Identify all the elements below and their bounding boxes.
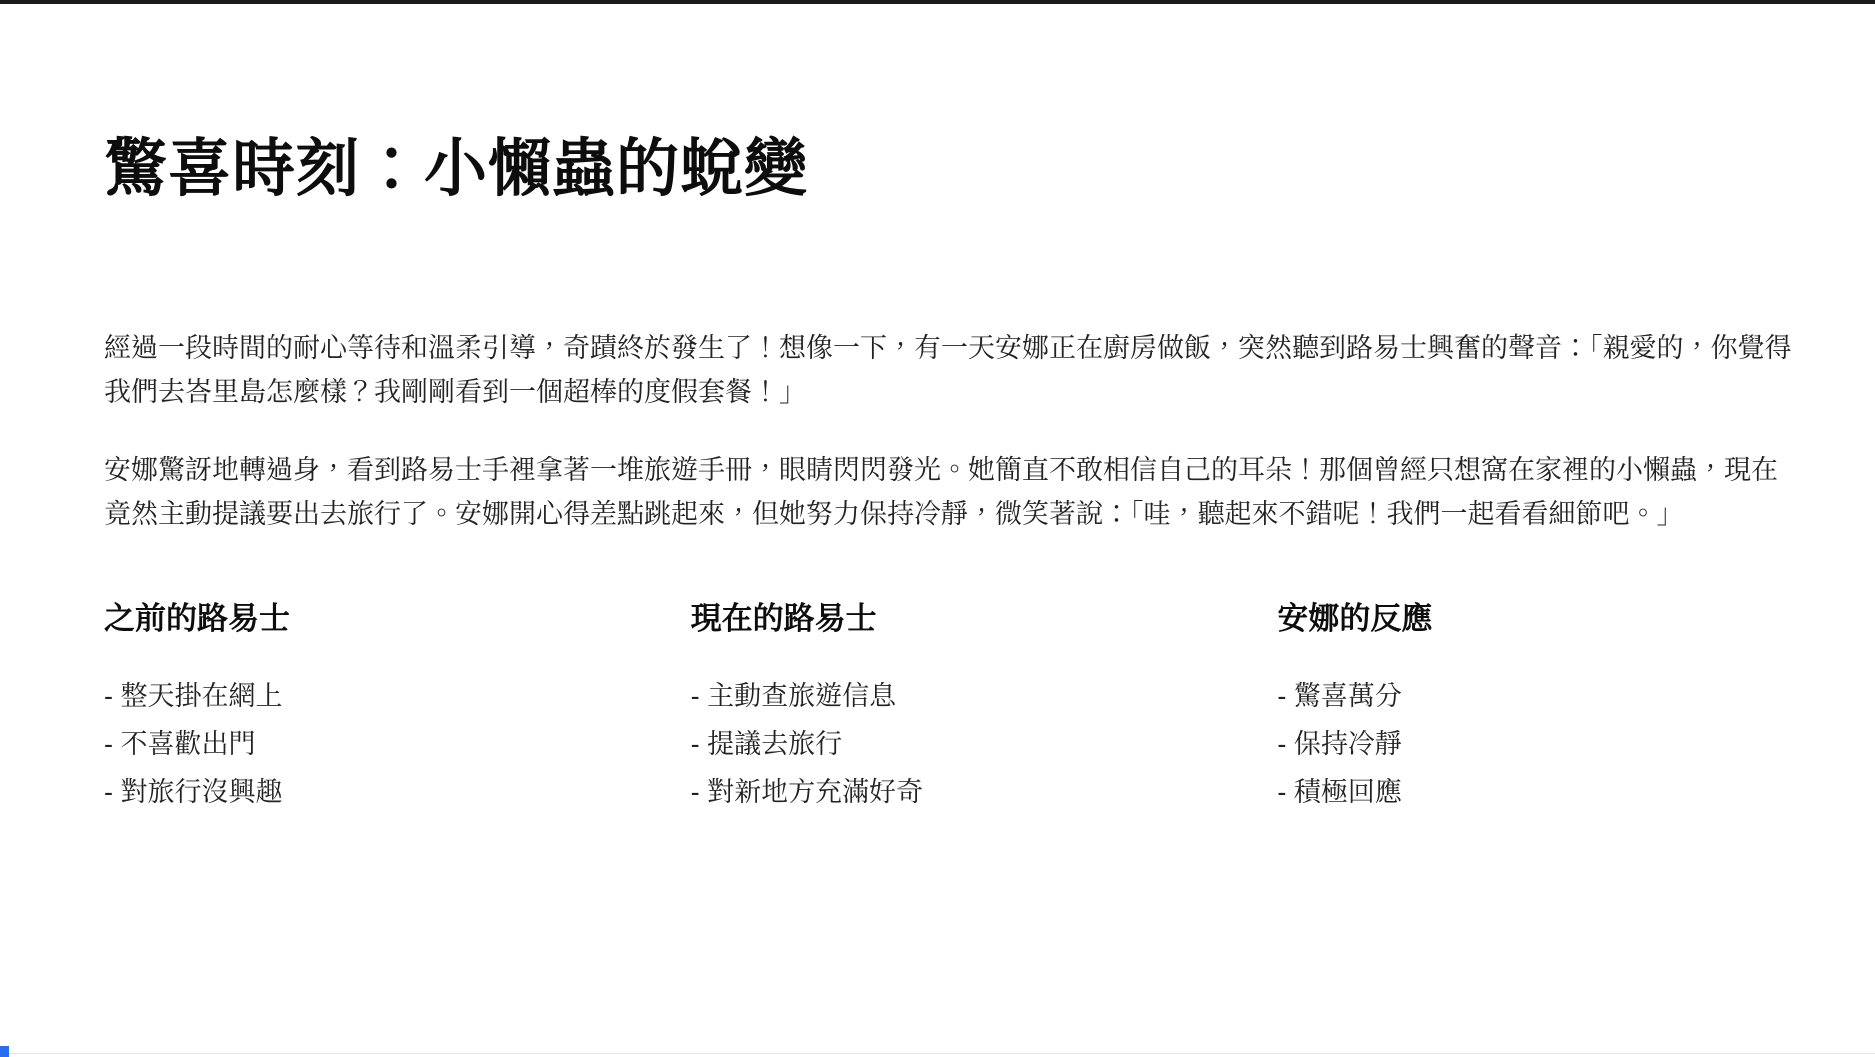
list-item: - 提議去旅行: [691, 720, 1278, 768]
window-bottom-edge: [0, 1053, 1875, 1054]
list-item: - 對新地方充滿好奇: [691, 768, 1278, 816]
list-item: - 主動查旅遊信息: [691, 672, 1278, 720]
column-anna-reaction: 安娜的反應 - 驚喜萬分 - 保持冷靜 - 積極回應: [1277, 600, 1864, 817]
page-title: 驚喜時刻：小懶蟲的蛻變: [104, 132, 1864, 208]
list-item: - 不喜歡出門: [104, 720, 691, 768]
list-item: - 對旅行沒興趣: [104, 768, 691, 816]
comparison-columns: 之前的路易士 - 整天掛在網上 - 不喜歡出門 - 對旅行沒興趣 現在的路易士 …: [104, 600, 1864, 817]
column-louis-now: 現在的路易士 - 主動查旅遊信息 - 提議去旅行 - 對新地方充滿好奇: [691, 600, 1278, 817]
column-list: - 整天掛在網上 - 不喜歡出門 - 對旅行沒興趣: [104, 672, 691, 816]
list-item: - 整天掛在網上: [104, 672, 691, 720]
paragraph-2: 安娜驚訝地轉過身，看到路易士手裡拿著一堆旅遊手冊，眼睛閃閃發光。她簡直不敢相信自…: [104, 448, 1799, 536]
column-list: - 驚喜萬分 - 保持冷靜 - 積極回應: [1277, 672, 1864, 816]
list-item: - 積極回應: [1277, 768, 1864, 816]
column-heading: 安娜的反應: [1277, 600, 1864, 639]
bottom-left-accent: [0, 1046, 9, 1057]
paragraph-1: 經過一段時間的耐心等待和溫柔引導，奇蹟終於發生了！想像一下，有一天安娜正在廚房做…: [104, 326, 1799, 414]
column-louis-before: 之前的路易士 - 整天掛在網上 - 不喜歡出門 - 對旅行沒興趣: [104, 600, 691, 817]
list-item: - 保持冷靜: [1277, 720, 1864, 768]
document-body: 驚喜時刻：小懶蟲的蛻變 經過一段時間的耐心等待和溫柔引導，奇蹟終於發生了！想像一…: [104, 0, 1864, 816]
column-list: - 主動查旅遊信息 - 提議去旅行 - 對新地方充滿好奇: [691, 672, 1278, 816]
list-item: - 驚喜萬分: [1277, 672, 1864, 720]
column-heading: 現在的路易士: [691, 600, 1278, 639]
column-heading: 之前的路易士: [104, 600, 691, 639]
